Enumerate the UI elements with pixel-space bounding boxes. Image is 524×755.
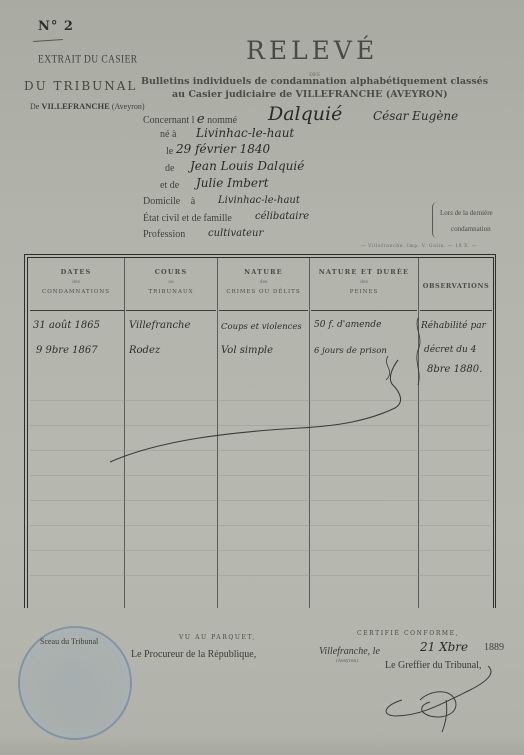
place-date-label: Villefranche, le (319, 646, 380, 657)
certified-label: CERTIFIÉ CONFORME, (357, 630, 459, 637)
page-shadow (0, 735, 524, 755)
seal-label: Sceau du Tribunal (40, 637, 98, 646)
certification-year: 1889 (484, 642, 504, 653)
certification-date: 21 Xbre (420, 640, 468, 654)
region-label: (Aveyron) (336, 659, 358, 664)
greffier-label: Le Greffier du Tribunal, (385, 660, 481, 671)
procureur-label: Le Procureur de la République, (131, 649, 256, 660)
parquet-label: VU AU PARQUET, (179, 634, 256, 641)
document-page: N° 2 EXTRAIT DU CASIER DU TRIBUNAL De VI… (0, 0, 524, 755)
